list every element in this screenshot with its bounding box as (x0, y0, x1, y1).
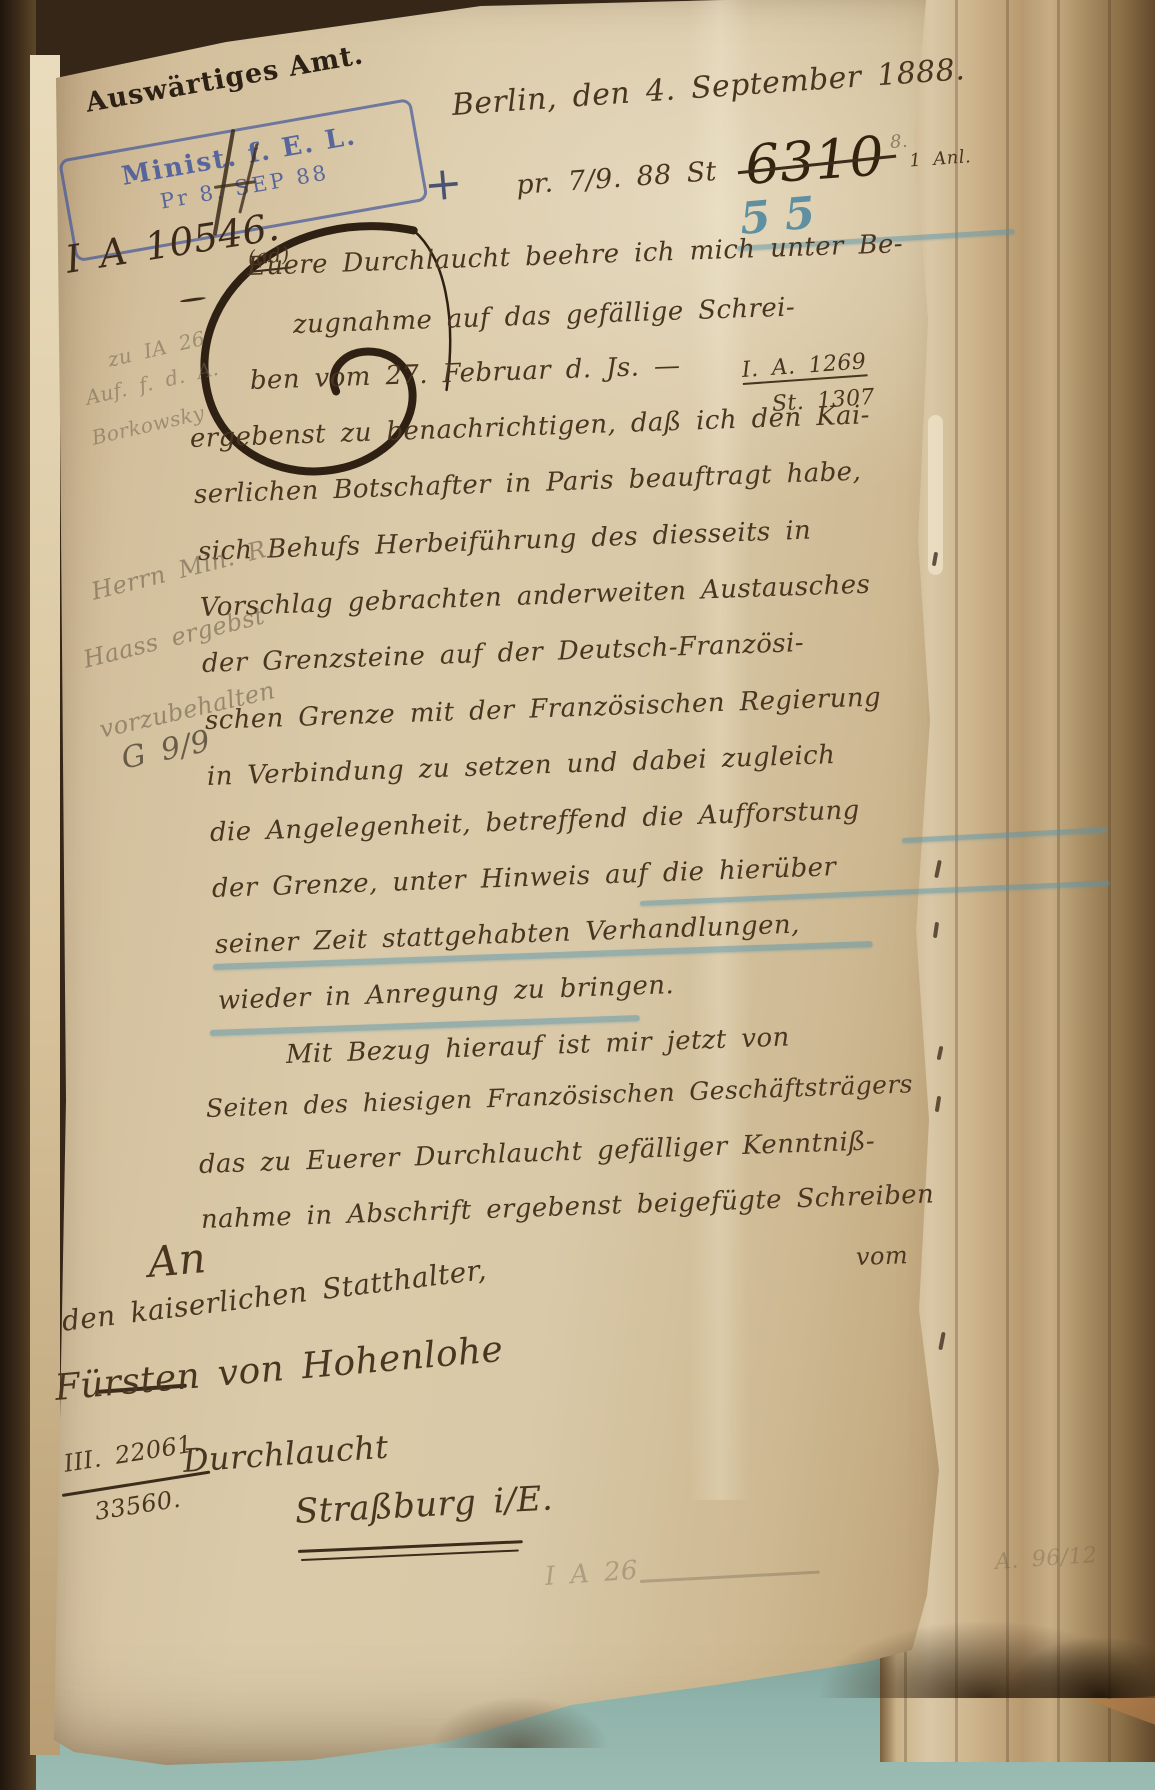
address-salutation: An (146, 1233, 208, 1287)
pencil-digit: 8. (889, 131, 908, 153)
presentation-suffix: 1 Anl. (909, 146, 972, 171)
body-line: vom (856, 1241, 909, 1271)
journal-number: 6310 (743, 124, 886, 197)
underlying-page-edge (30, 55, 60, 1755)
presentation-prefix: pr. 7/9. 88 St (515, 156, 718, 201)
archival-letter-photo: Auswärtiges Amt. Minist. f. E. L. Pr 8. … (0, 0, 1155, 1790)
